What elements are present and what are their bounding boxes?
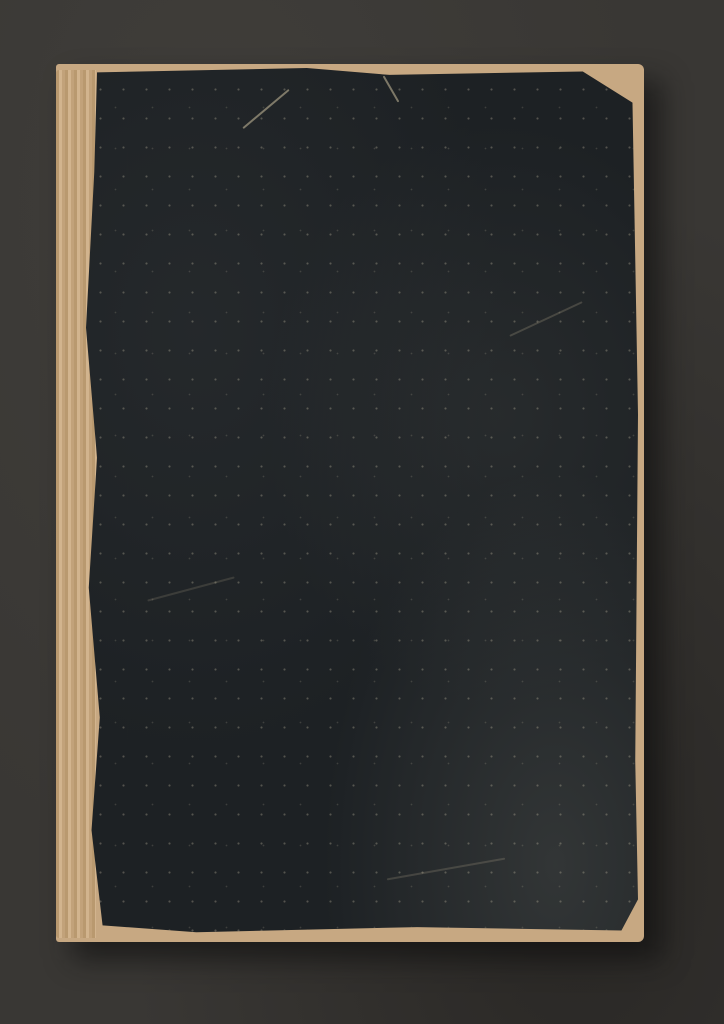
page-block-edge bbox=[56, 70, 96, 938]
book-cover bbox=[86, 68, 638, 934]
cover-wear-texture bbox=[86, 68, 638, 934]
book bbox=[56, 64, 644, 942]
